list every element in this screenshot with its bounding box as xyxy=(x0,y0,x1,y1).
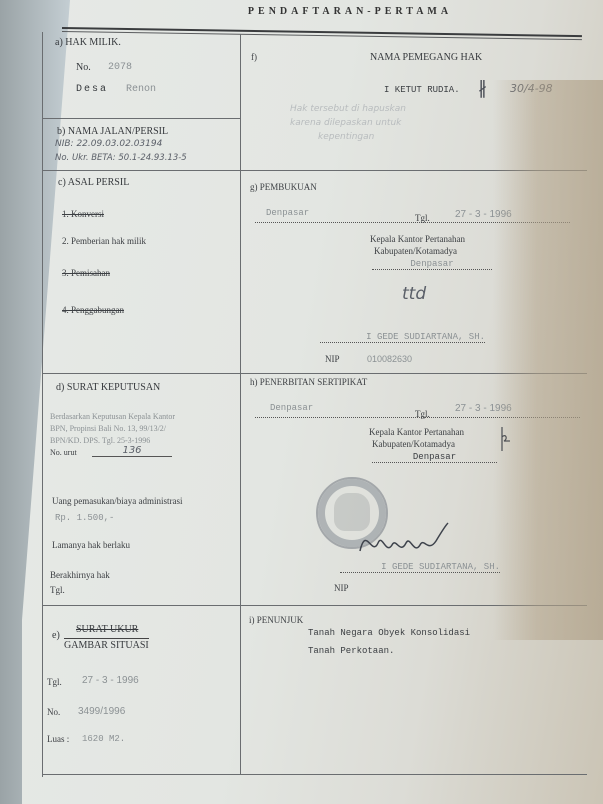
gs-tgl-label: Tgl. xyxy=(47,677,62,687)
fee-label: Uang pemasukan/biaya administrasi xyxy=(52,496,182,506)
pembukuan-office-line-1: Kepala Kantor Pertanahan xyxy=(370,234,465,244)
pembukuan-official: I GEDE SUDIARTANA, SH. xyxy=(320,332,485,343)
gs-no-label: No. xyxy=(47,707,60,717)
surat-ukur-struck: SURAT UKUR xyxy=(76,624,138,635)
handwritten-reference: No. Ukr. BETA: 50.1-24.93.13-5 xyxy=(55,153,187,163)
sertipikat-official: I GEDE SUDIARTANA, SH. xyxy=(340,562,500,573)
section-i-label: i) PENUNJUK xyxy=(249,615,303,625)
divider-a-b xyxy=(42,118,240,119)
section-a-label: a) HAK MILIK. xyxy=(55,37,121,48)
decree-line-4: No. urut xyxy=(50,448,77,457)
pembukuan-office-line-2: Kabupaten/Kotamadya xyxy=(374,246,457,256)
document-title: PENDAFTARAN-PERTAMA xyxy=(200,6,500,17)
asal-persil-item-4: 4. Penggabungan xyxy=(62,305,124,315)
desa-label: Desa xyxy=(76,84,108,95)
pembukuan-nip-label: NIP xyxy=(325,354,340,364)
asal-persil-item-2: 2. Pemberian hak milik xyxy=(62,236,146,246)
section-h-label: h) PENERBITAN SERTIPIKAT xyxy=(250,377,367,387)
luas-label: Luas : xyxy=(47,734,69,744)
asal-persil-item-3: 3. Pemisahan xyxy=(62,268,110,278)
penunjuk-line-2: Tanah Perkotaan. xyxy=(308,646,394,656)
pembukuan-nip-value: 010082630 xyxy=(367,354,412,364)
asal-persil-item-1: 1. Konversi xyxy=(62,209,104,219)
faint-note-3: kepentingan xyxy=(318,132,374,142)
decree-line-2: BPN, Propinsi Bali No. 13, 99/13/2/ xyxy=(50,424,166,433)
ttd-handwritten: ttd xyxy=(402,284,426,304)
fee-value: Rp. 1.500,- xyxy=(55,513,114,523)
section-c-label: c) ASAL PERSIL xyxy=(58,177,129,188)
left-border xyxy=(42,32,43,777)
pembukuan-place: Denpasar xyxy=(266,208,309,218)
duration-label: Lamanya hak berlaku xyxy=(52,540,130,550)
sertipikat-office-line-1: Kepala Kantor Pertanahan xyxy=(369,427,464,437)
column-divider xyxy=(240,34,241,774)
holder-heading: NAMA PEMEGANG HAK xyxy=(370,52,482,63)
nib-line: NIB: 22.09.03.02.03194 xyxy=(55,139,162,149)
section-d-label: d) SURAT KEPUTUSAN xyxy=(56,382,160,393)
signature-icon xyxy=(358,515,468,565)
faint-note-2: karena dilepaskan untuk xyxy=(290,118,401,128)
section-g-label: g) PEMBUKUAN xyxy=(250,182,317,192)
bottom-border xyxy=(42,774,587,775)
gs-no-value: 3499/1996 xyxy=(78,706,125,717)
section-e-prefix: e) xyxy=(52,630,60,641)
sertipikat-place: Denpasar xyxy=(270,403,313,413)
hak-no-value: 2078 xyxy=(108,62,132,73)
hak-no-label: No. xyxy=(76,62,91,73)
luas-value: 1620 M2. xyxy=(82,734,125,744)
handwritten-mark-icon: ∦ xyxy=(478,78,487,99)
paper-shadow xyxy=(493,80,603,640)
sertipikat-office-city: Denpasar xyxy=(372,452,497,463)
sertipikat-nip-label: NIP xyxy=(334,583,349,593)
gs-tgl-value: 27 - 3 - 1996 xyxy=(82,675,139,686)
expiry-date-label: Tgl. xyxy=(50,585,65,595)
pembukuan-tgl-label: Tgl. xyxy=(415,213,430,223)
decree-line-1: Berdasarkan Keputusan Kepala Kantor xyxy=(50,412,175,421)
sertipikat-office-line-2: Kabupaten/Kotamadya xyxy=(372,439,455,449)
penunjuk-line-1: Tanah Negara Obyek Konsolidasi xyxy=(308,628,470,638)
section-e-label: GAMBAR SITUASI xyxy=(64,638,149,651)
section-b-label: b) NAMA JALAN/PERSIL xyxy=(57,126,168,137)
pembukuan-office-city: Denpasar xyxy=(372,259,492,270)
faint-note-1: Hak tersebut di hapuskan xyxy=(290,104,406,114)
desa-value: Renon xyxy=(126,84,156,95)
expiry-label: Berakhirnya hak xyxy=(50,570,110,580)
section-f-label: f) xyxy=(251,52,257,62)
urut-value: 136 xyxy=(92,445,172,457)
sertipikat-tgl-label: Tgl. xyxy=(415,409,430,419)
decree-line-3: BPN/KD. DPS. Tgl. 25-3-1996 xyxy=(50,436,150,445)
holder-name: I KETUT RUDIA. xyxy=(384,85,460,95)
